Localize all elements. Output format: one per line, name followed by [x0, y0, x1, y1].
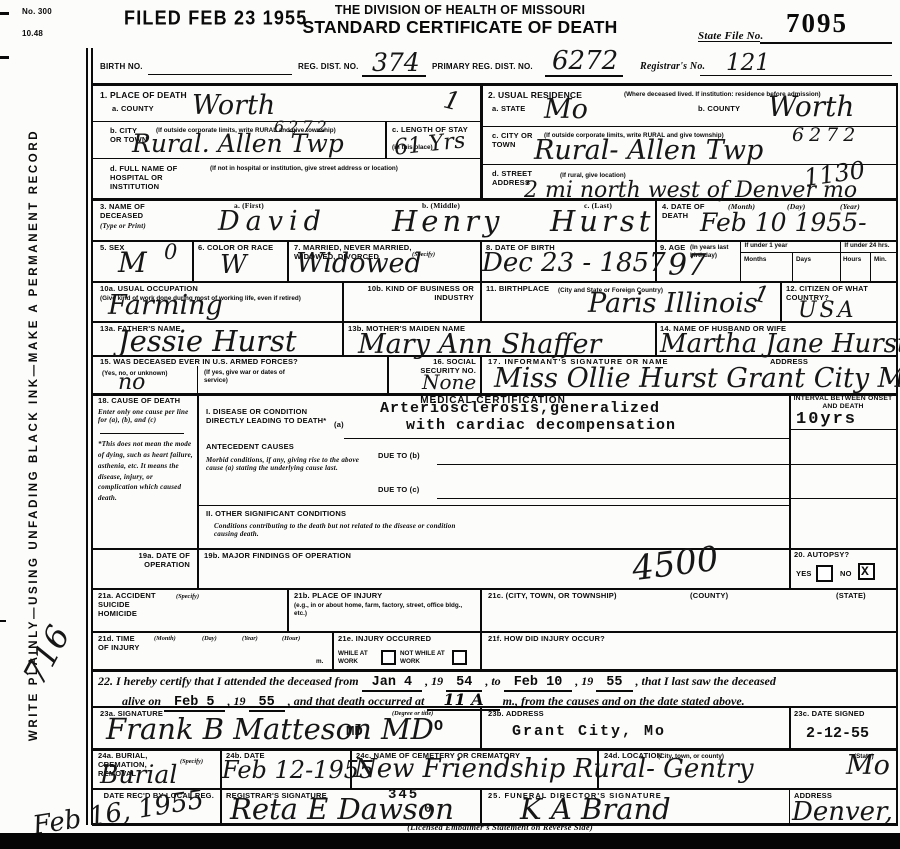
rule — [385, 121, 387, 158]
residence-state-label: a. STATE — [492, 105, 525, 114]
certify-p6: alive on — [122, 694, 161, 708]
hospital-note: (If not in hospital or institution, give… — [210, 165, 472, 173]
age-months-header: Months — [744, 256, 766, 264]
rule — [789, 706, 791, 748]
disease-value-line1: Arteriosclerosis,generalized — [380, 400, 660, 417]
rule — [287, 240, 289, 281]
ssn-value: None — [422, 370, 476, 394]
age-under1-header: If under 1 year — [741, 242, 791, 250]
county-label: a. COUNTY — [112, 105, 154, 114]
certify-p7: , 19 — [228, 694, 246, 708]
other-conditions-label: II. OTHER SIGNIFICANT CONDITIONS — [206, 510, 346, 519]
burial-value: Burial — [100, 760, 177, 789]
birth-no-label: BIRTH NO. — [100, 62, 143, 71]
occupation-value: Farming — [108, 290, 223, 321]
business-label: 10b. KIND OF BUSINESS OR INDUSTRY — [348, 285, 474, 303]
footer-reverse-side-note: (Licensed Embalmer's Statement on Revers… — [330, 822, 670, 832]
rule — [480, 355, 482, 393]
middle-name-value: Henry — [392, 204, 503, 238]
rule — [655, 321, 657, 355]
birthplace-value: Paris Illinois — [588, 288, 758, 319]
residence-county-value: Worth — [768, 90, 854, 123]
injury-occurred-label: 21e. INJURY OCCURRED — [338, 635, 431, 644]
residence-city-value: Rural- Allen Twp — [534, 135, 763, 166]
spouse-name-value: Martha Jane Hurst — [660, 329, 900, 359]
operation-scribble: 4500 — [630, 539, 721, 589]
form-code: 10.48 — [22, 29, 43, 38]
scan-mark — [0, 56, 9, 59]
rule — [789, 464, 896, 465]
margin-handwritten-scribble: 716 — [15, 619, 77, 691]
while-at-work-label: WHILE AT WORK — [338, 650, 378, 666]
not-while-at-work-label: NOT WHILE AT WORK — [400, 650, 448, 666]
rule — [480, 86, 483, 198]
physician-address-value: Grant City, Mo — [512, 723, 666, 740]
not-while-at-work-checkbox — [452, 650, 467, 665]
autopsy-no-checkmark: X — [861, 564, 869, 579]
while-at-work-checkbox — [381, 650, 396, 665]
last-name-value: Hurst — [550, 204, 654, 238]
county-value: Worth — [192, 90, 275, 121]
armed-forces-value: no — [118, 370, 145, 395]
color-race-value: W — [220, 250, 247, 280]
certify-p3: , to — [485, 674, 500, 688]
degree-value: O — [434, 718, 443, 735]
accident-suicide-label: 21a. ACCIDENT SUICIDE HOMICIDE — [98, 592, 162, 619]
injury-day-label: (Day) — [202, 635, 217, 643]
residence-state-value: Mo — [544, 94, 588, 125]
accident-specify-note: (Specify) — [176, 593, 199, 601]
rule — [870, 252, 871, 281]
rule — [197, 366, 198, 393]
rule — [792, 252, 793, 281]
age-days-header: Days — [796, 256, 811, 264]
rule — [197, 393, 199, 548]
rule — [480, 788, 482, 823]
operation-date-label: 19a. DATE OF OPERATION — [98, 552, 190, 570]
primary-reg-value: 6272 — [552, 46, 618, 76]
rule — [92, 669, 896, 672]
burial-date-value: Feb 12-1955 — [222, 756, 374, 784]
rule — [332, 631, 334, 669]
name-of-deceased-label: 3. NAME OF DECEASED — [100, 203, 186, 221]
rule — [344, 438, 789, 439]
injury-county-label: (COUNTY) — [690, 592, 728, 601]
injury-month-label: (Month) — [154, 635, 176, 643]
cause-note1: Enter only one cause per line for (a), (… — [98, 408, 190, 425]
residence-county-label: b. COUNTY — [698, 105, 740, 114]
rule — [700, 75, 892, 76]
burial-location-label: 24d. LOCATION — [604, 752, 662, 761]
rule — [387, 355, 389, 393]
age-hours-header: Hours — [843, 256, 861, 264]
physician-address-label: 23b. ADDRESS — [488, 710, 544, 719]
physician-signature-value: Frank B Matteson MD — [106, 712, 434, 746]
residence-city-overwrite: 6272 — [792, 124, 860, 146]
burial-location-note: (City, town, or county) — [658, 753, 724, 761]
certify-alive-year: 55 — [249, 695, 285, 712]
rule — [342, 281, 344, 321]
autopsy-yes-label: YES — [796, 570, 812, 579]
rule — [148, 74, 292, 75]
rule — [92, 631, 896, 633]
rule — [740, 252, 896, 253]
rule — [192, 240, 194, 281]
rule — [437, 498, 789, 499]
rule — [655, 198, 657, 240]
certify-statement-line1: 22. I hereby certify that I attended the… — [98, 674, 776, 690]
registrar-no-label: Registrar's No. — [640, 61, 705, 73]
reg-dist-value: 374 — [372, 48, 420, 77]
rule — [100, 433, 184, 434]
interval-label: INTERVAL BETWEEN ONSET AND DEATH — [791, 395, 895, 411]
antecedent-note: Morbid conditions, if any, giving rise t… — [206, 456, 374, 473]
rule — [780, 281, 782, 321]
injury-hour-label: (Hour) — [282, 635, 300, 643]
rule — [362, 75, 426, 77]
rule — [197, 505, 789, 506]
other-conditions-note: Conditions contributing to the death but… — [214, 522, 476, 539]
rule — [698, 41, 760, 42]
rule — [789, 498, 896, 499]
time-of-injury-label: 21d. TIME OF INJURY — [98, 635, 142, 653]
date-signed-label: 23c. DATE SIGNED — [794, 710, 865, 719]
certificate-form: 1. PLACE OF DEATH a. COUNTY Worth 1 b. C… — [92, 83, 898, 826]
burial-specify-note: (Specify) — [180, 758, 203, 766]
age-under24-header: If under 24 hrs. — [840, 242, 894, 250]
rule — [92, 281, 896, 283]
rule — [92, 548, 896, 550]
certify-p9: m., from the causes and on the date stat… — [503, 694, 745, 708]
primary-reg-label: PRIMARY REG. DIST. NO. — [432, 62, 533, 71]
injury-m-label: m. — [316, 658, 323, 666]
certify-p8: , and that death occurred at — [288, 694, 425, 708]
rule — [789, 393, 791, 548]
date-signed-value: 2-12-55 — [806, 725, 869, 742]
injury-year-label: (Year) — [242, 635, 258, 643]
certify-alive-date: Feb 5 — [164, 695, 225, 712]
county-mark: 1 — [441, 85, 463, 117]
rule — [92, 788, 896, 790]
injury-state-label: (STATE) — [836, 592, 866, 601]
disease-label: I. DISEASE OR CONDITION DIRECTLY LEADING… — [206, 408, 344, 426]
rule — [437, 464, 789, 465]
residence-city-label: c. CITY OR TOWN — [492, 132, 534, 150]
armed-forces-label: 15. WAS DECEASED EVER IN U.S. ARMED FORC… — [100, 358, 340, 367]
certify-p2: , 19 — [425, 674, 443, 688]
rule — [760, 42, 892, 44]
autopsy-no-label: NO — [840, 570, 852, 579]
header-division: THE DIVISION OF HEALTH OF MISSOURI — [300, 3, 620, 18]
rule — [92, 588, 896, 590]
antecedent-label: ANTECEDENT CAUSES — [206, 443, 294, 452]
rule — [480, 631, 482, 669]
physician-md-typed: MD — [346, 724, 363, 740]
rule — [92, 321, 896, 323]
funeral-address-value: Denver, Mo — [792, 797, 900, 827]
scan-black-bar — [0, 833, 900, 849]
certify-statement-line2: alive on Feb 5 , 19 55 , and that death … — [122, 690, 745, 710]
burial-location-value: Mo — [846, 750, 890, 781]
place-of-death-title: 1. PLACE OF DEATH — [100, 90, 187, 100]
rule — [480, 706, 482, 748]
first-name-value: David — [218, 206, 327, 237]
age-value: 97 — [668, 248, 706, 283]
sex-mark: 0 — [164, 240, 177, 264]
cause-of-death-label: 18. CAUSE OF DEATH — [98, 397, 194, 406]
rule — [197, 548, 199, 588]
interval-value: 10yrs — [796, 410, 857, 429]
name-note: (Type or Print) — [100, 222, 146, 230]
scan-mark — [0, 12, 9, 15]
age-min-header: Min. — [874, 256, 887, 264]
due-to-c-label: DUE TO (c) — [378, 486, 419, 495]
date-of-birth-value: Dec 23 - 1857 — [482, 248, 666, 278]
autopsy-label: 20. AUTOPSY? — [794, 551, 849, 560]
rule — [789, 788, 790, 823]
rule — [92, 158, 480, 159]
father-name-value: Jessie Hurst — [118, 324, 297, 358]
hospital-label: d. FULL NAME OF HOSPITAL OR INSTITUTION — [110, 165, 204, 192]
state-file-number: 7095 — [786, 8, 848, 39]
date-of-death-value: Feb 10 1955- — [700, 208, 867, 237]
certify-p5: , that I last saw the deceased — [636, 674, 776, 688]
rule — [789, 548, 791, 588]
funeral-director-value: K A Brand — [520, 792, 671, 826]
armed-forces-note2: (If yes, give war or dates of service) — [204, 369, 302, 385]
death-certificate-scan: No. 300 10.48 WRITE PLAINLY—USING UNFADI… — [0, 0, 900, 849]
registrar-no-value: 121 — [726, 50, 770, 76]
rule — [220, 788, 222, 823]
birthplace-label: 11. BIRTHPLACE — [486, 285, 549, 294]
birthplace-mark: 1 — [751, 281, 771, 309]
certify-hour-value: 11 A — [427, 690, 499, 711]
due-to-b-label: DUE TO (b) — [378, 452, 420, 461]
disease-value-line2: with cardiac decompensation — [406, 417, 676, 434]
marital-value: Widowed — [296, 248, 422, 279]
sex-value: M — [118, 246, 147, 279]
place-of-injury-note: (e.g., in or about home, farm, factory, … — [294, 602, 470, 618]
city-town-value: Rural. Allen Twp — [132, 129, 344, 158]
disease-a-label: (a) — [334, 421, 344, 430]
rule — [342, 321, 344, 355]
cause-note2: *This does not mean the mode of dying, s… — [98, 439, 193, 504]
rule — [287, 588, 289, 631]
injury-city-label: 21c. (CITY, TOWN, OR TOWNSHIP) — [488, 592, 617, 601]
scan-mark — [0, 620, 6, 622]
reg-dist-label: REG. DIST. NO. — [298, 62, 359, 71]
certify-p1: 22. I hereby certify that I attended the… — [98, 674, 359, 688]
citizen-value: USA — [798, 298, 857, 323]
certify-p4: , 19 — [575, 674, 593, 688]
how-injury-label: 21f. HOW DID INJURY OCCUR? — [488, 635, 605, 644]
form-number: No. 300 — [22, 7, 52, 16]
rule — [480, 588, 482, 631]
informant-value: Miss Ollie Hurst Grant City Mo — [494, 363, 900, 394]
header-title: STANDARD CERTIFICATE OF DEATH — [278, 17, 642, 38]
operation-findings-label: 19b. MAJOR FINDINGS OF OPERATION — [204, 552, 351, 561]
place-of-injury-label: 21b. PLACE OF INJURY — [294, 592, 382, 601]
rule — [789, 429, 896, 430]
rule — [545, 75, 623, 77]
rule — [480, 281, 482, 321]
autopsy-yes-checkbox — [816, 565, 833, 582]
street-address-value: 2 mi north west of Denver mo — [524, 178, 857, 203]
registrar-signature-value: Reta E Dawson — [230, 792, 454, 826]
